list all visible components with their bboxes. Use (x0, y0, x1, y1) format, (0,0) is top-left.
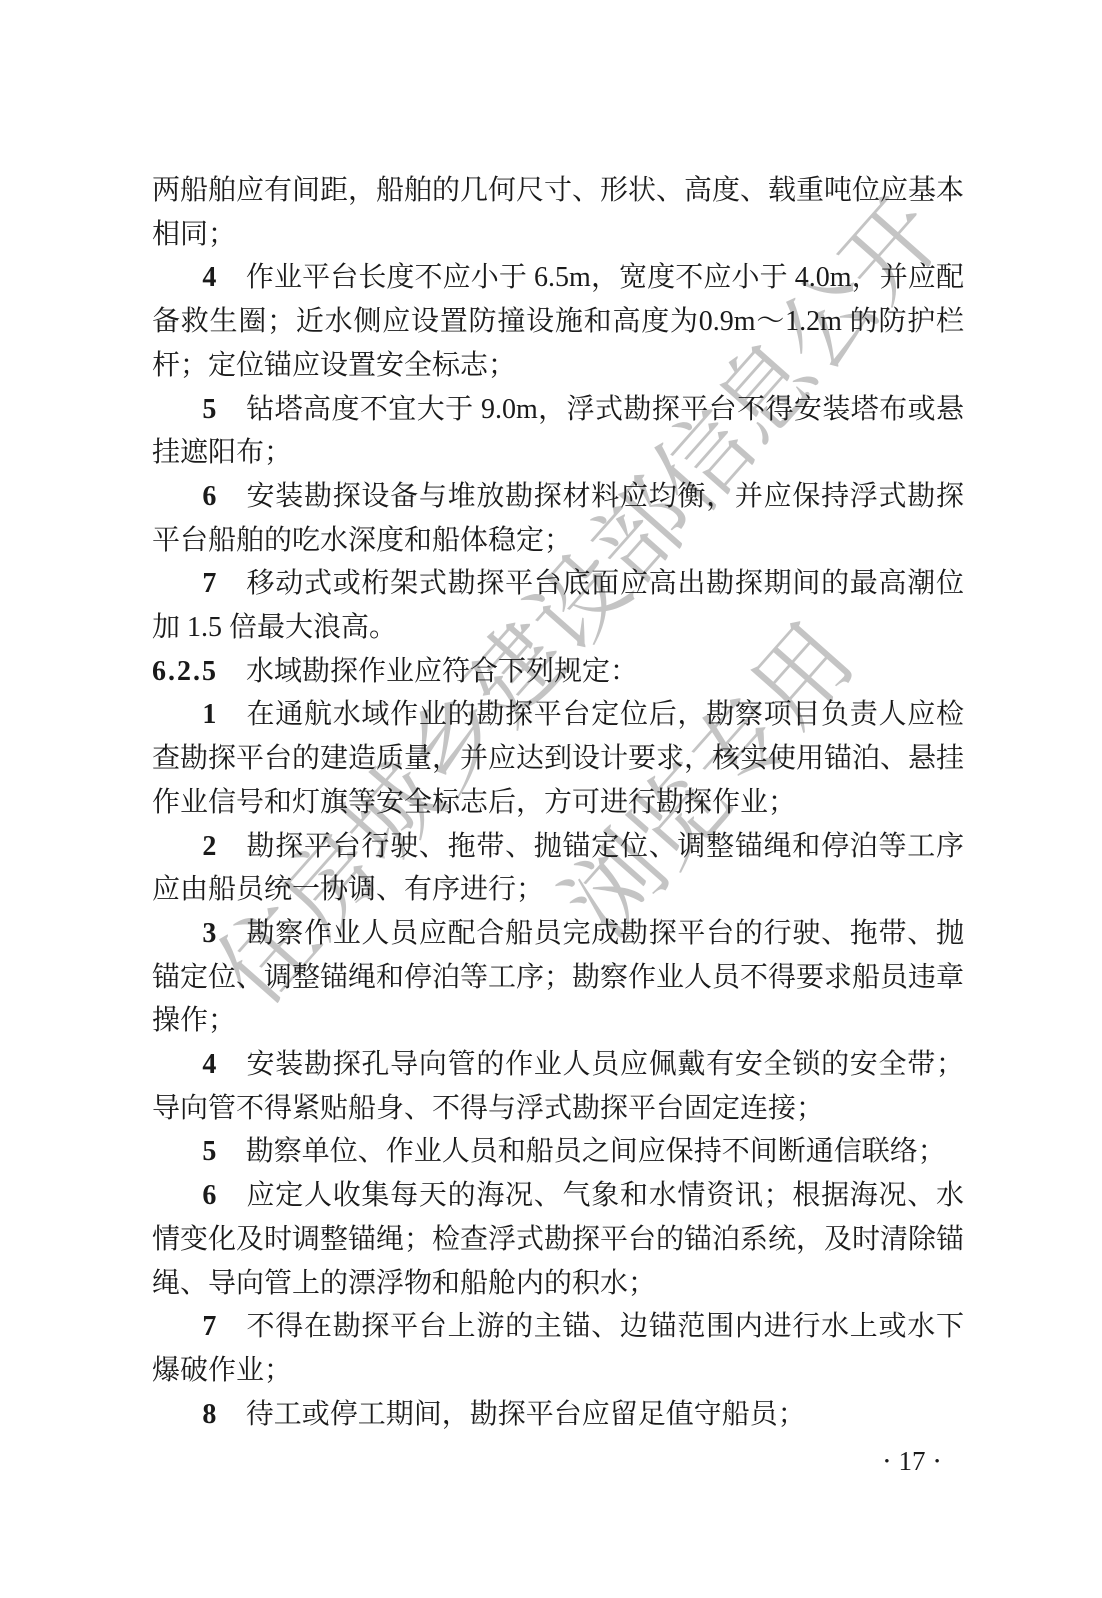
paragraph: 4作业平台长度不应小于 6.5m，宽度不应小于 4.0m，并应配备救生圈；近水侧… (152, 256, 964, 387)
item-number: 5 (202, 1136, 216, 1167)
paragraph: 6.2.5水域勘探作业应符合下列规定： (152, 650, 964, 694)
page-footer: •17• (842, 1446, 982, 1477)
paragraph: 4安装勘探孔导向管的作业人员应佩戴有安全锁的安全带；导向管不得紧贴船身、不得与浮… (152, 1043, 964, 1130)
paragraph: 5勘察单位、作业人员和船员之间应保持不间断通信联络； (152, 1130, 964, 1174)
paragraph-text: 作业平台长度不应小于 6.5m，宽度不应小于 4.0m，并应配备救生圈；近水侧应… (152, 262, 964, 380)
item-number: 7 (202, 568, 216, 599)
paragraph: 两船舶应有间距，船舶的几何尺寸、形状、高度、载重吨位应基本相同； (152, 169, 964, 256)
paragraph-text: 水域勘探作业应符合下列规定： (246, 656, 638, 687)
document-page: 住房城乡建设部信息公开 浏览专用 两船舶应有间距，船舶的几何尺寸、形状、高度、载… (0, 0, 1102, 1598)
page-number: 17 (899, 1446, 926, 1476)
paragraph-text: 在通航水域作业的勘探平台定位后，勘察项目负责人应检查勘探平台的建造质量，并应达到… (152, 699, 964, 817)
item-number: 3 (202, 918, 216, 949)
item-number: 2 (202, 831, 216, 862)
footer-right-dot: • (926, 1454, 949, 1470)
paragraph: 7移动式或桁架式勘探平台底面应高出勘探期间的最高潮位加 1.5 倍最大浪高。 (152, 562, 964, 649)
footer-left-dot: • (875, 1454, 898, 1470)
paragraph-text: 安装勘探孔导向管的作业人员应佩戴有安全锁的安全带；导向管不得紧贴船身、不得与浮式… (152, 1049, 964, 1124)
item-number: 7 (202, 1311, 216, 1342)
item-number: 8 (202, 1399, 216, 1430)
paragraph: 6应定人收集每天的海况、气象和水情资讯；根据海况、水情变化及时调整锚绳；检查浮式… (152, 1174, 964, 1305)
paragraph-text: 勘察作业人员应配合船员完成勘探平台的行驶、拖带、抛锚定位、调整锚绳和停泊等工序；… (152, 918, 964, 1036)
item-number: 4 (202, 1049, 216, 1080)
paragraph-text: 钻塔高度不宜大于 9.0m，浮式勘探平台不得安装塔布或悬挂遮阳布； (152, 394, 964, 469)
paragraph: 5钻塔高度不宜大于 9.0m，浮式勘探平台不得安装塔布或悬挂遮阳布； (152, 388, 964, 475)
paragraph-text: 移动式或桁架式勘探平台底面应高出勘探期间的最高潮位加 1.5 倍最大浪高。 (152, 568, 964, 643)
paragraph-text: 两船舶应有间距，船舶的几何尺寸、形状、高度、载重吨位应基本相同； (152, 175, 964, 250)
body-text: 两船舶应有间距，船舶的几何尺寸、形状、高度、载重吨位应基本相同； 4作业平台长度… (152, 169, 964, 1436)
paragraph-text: 待工或停工期间，勘探平台应留足值守船员； (246, 1399, 806, 1430)
paragraph: 8待工或停工期间，勘探平台应留足值守船员； (152, 1393, 964, 1437)
paragraph: 7不得在勘探平台上游的主锚、边锚范围内进行水上或水下爆破作业； (152, 1305, 964, 1392)
paragraph-text: 安装勘探设备与堆放勘探材料应均衡，并应保持浮式勘探平台船舶的吃水深度和船体稳定； (152, 481, 964, 556)
item-number: 6.2.5 (152, 656, 218, 687)
item-number: 1 (202, 699, 216, 730)
paragraph: 3勘察作业人员应配合船员完成勘探平台的行驶、拖带、抛锚定位、调整锚绳和停泊等工序… (152, 912, 964, 1043)
paragraph: 6安装勘探设备与堆放勘探材料应均衡，并应保持浮式勘探平台船舶的吃水深度和船体稳定… (152, 475, 964, 562)
paragraph-text: 勘察单位、作业人员和船员之间应保持不间断通信联络； (246, 1136, 946, 1167)
item-number: 5 (202, 394, 216, 425)
paragraph-text: 不得在勘探平台上游的主锚、边锚范围内进行水上或水下爆破作业； (152, 1311, 964, 1386)
item-number: 6 (202, 481, 216, 512)
paragraph-text: 应定人收集每天的海况、气象和水情资讯；根据海况、水情变化及时调整锚绳；检查浮式勘… (152, 1180, 964, 1298)
paragraph: 1在通航水域作业的勘探平台定位后，勘察项目负责人应检查勘探平台的建造质量，并应达… (152, 693, 964, 824)
item-number: 4 (202, 262, 216, 293)
paragraph: 2勘探平台行驶、拖带、抛锚定位、调整锚绳和停泊等工序应由船员统一协调、有序进行； (152, 825, 964, 912)
paragraph-text: 勘探平台行驶、拖带、抛锚定位、调整锚绳和停泊等工序应由船员统一协调、有序进行； (152, 831, 964, 906)
item-number: 6 (202, 1180, 216, 1211)
